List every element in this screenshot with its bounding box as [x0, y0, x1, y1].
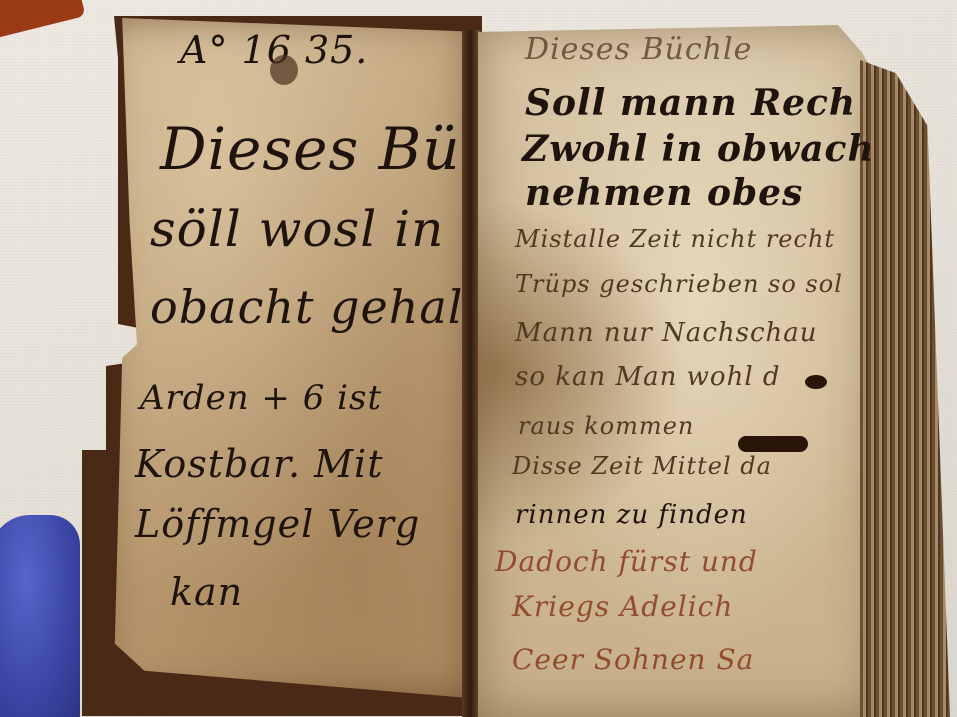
right-line: Mann nur Nachschau	[515, 318, 818, 348]
right-line: Soll mann Rech	[525, 82, 856, 124]
right-line: nehmen obes	[525, 172, 803, 214]
ink-blot	[805, 375, 827, 389]
right-line: Disse Zeit Mittel da	[512, 452, 772, 480]
left-line: obacht gehal	[150, 280, 464, 334]
blue-glove	[0, 515, 80, 717]
left-line: Löffmgel Verg	[135, 502, 420, 546]
right-line: so kan Man wohl d	[515, 362, 781, 392]
right-line: Kriegs Adelich	[512, 590, 733, 623]
right-line: Dieses Büchle	[525, 32, 752, 67]
left-line: kan	[170, 570, 243, 614]
right-line: Zwohl in obwach	[522, 128, 875, 170]
right-line: Dadoch fürst und	[495, 545, 758, 578]
right-line: raus kommen	[518, 412, 694, 440]
left-line: söll wosl in	[150, 200, 444, 258]
left-line: Arden + 6 ist	[140, 378, 382, 418]
left-line: Kostbar. Mit	[135, 442, 383, 486]
ink-blot	[738, 436, 808, 452]
ink-blot	[270, 55, 298, 85]
right-line: Trüps geschrieben so sol	[515, 270, 843, 298]
right-line: Ceer Sohnen Sa	[512, 643, 754, 676]
left-line: Dieses Bü	[160, 115, 461, 183]
right-line: Mistalle Zeit nicht recht	[515, 225, 835, 253]
book-spine	[462, 30, 480, 717]
right-line: rinnen zu finden	[515, 500, 748, 530]
